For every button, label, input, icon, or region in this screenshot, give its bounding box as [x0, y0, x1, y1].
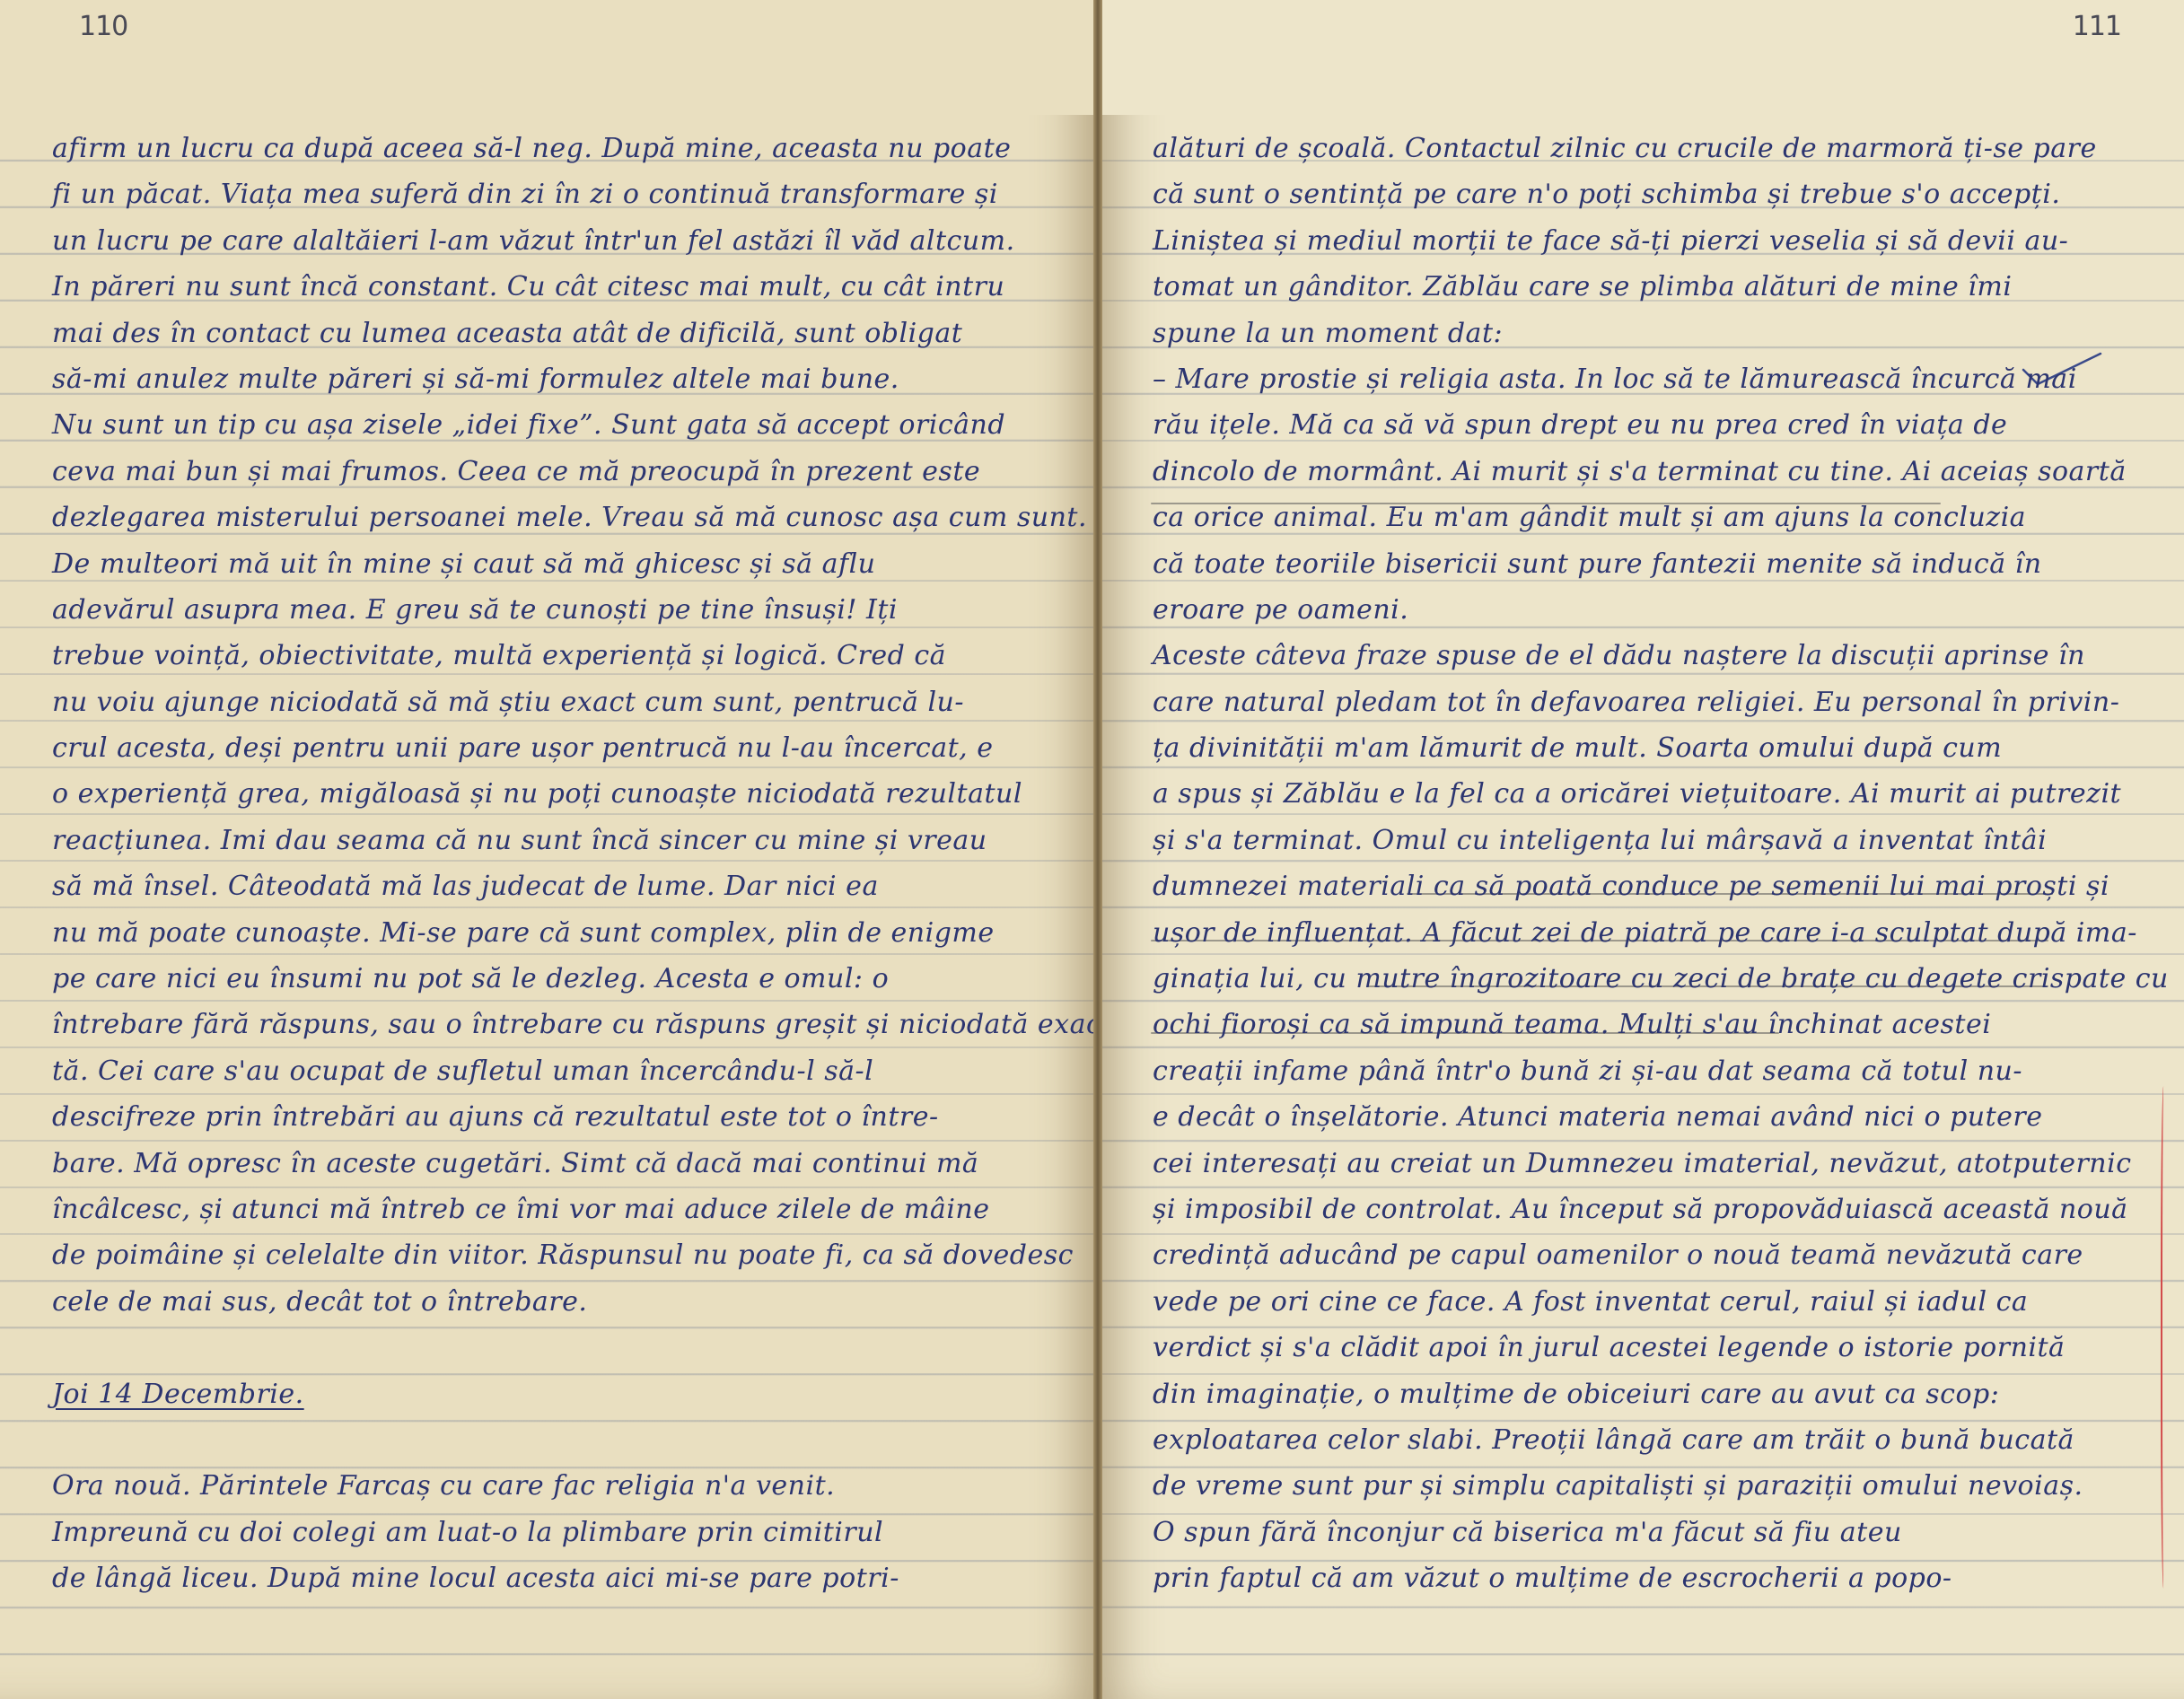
- text-line: a spus și Zăblău e la fel ca a oricărei …: [1097, 771, 2184, 817]
- text-line: descifreze prin întrebări au ajuns că re…: [0, 1094, 1097, 1140]
- text-line: vede pe ori cine ce face. A fost inventa…: [1097, 1279, 2184, 1325]
- text-line: crul acesta, deși pentru unii pare ușor …: [0, 725, 1097, 771]
- text-line: de vreme sunt pur și simplu capitaliști …: [1097, 1463, 2184, 1509]
- notebook-spread: 110 afirm un lucru ca după aceea să-l ne…: [0, 0, 2184, 1699]
- blank-line: [0, 1417, 1097, 1463]
- text-line: dumnezei materiali ca să poată conduce p…: [1097, 863, 2184, 909]
- text-line: dincolo de mormânt. Ai murit și s'a term…: [1097, 449, 2184, 495]
- text-line: să-mi anulez multe păreri și să-mi formu…: [0, 356, 1097, 402]
- text-line: mai des în contact cu lumea aceasta atât…: [0, 311, 1097, 356]
- text-line: ceva mai bun și mai frumos. Ceea ce mă p…: [0, 449, 1097, 495]
- text-line: trebue voință, obiectivitate, multă expe…: [0, 633, 1097, 679]
- text-line: fi un păcat. Viața mea suferă din zi în …: [0, 171, 1097, 217]
- text-line: ușor de influențat. A făcut zei de piatr…: [1097, 910, 2184, 956]
- text-line: cele de mai sus, decât tot o întrebare.: [0, 1279, 1097, 1325]
- text-line: tă. Cei care s'au ocupat de sufletul uma…: [0, 1048, 1097, 1094]
- top-margin: [1097, 0, 2184, 115]
- right-page-text: alături de școală. Contactul zilnic cu c…: [1097, 126, 2184, 1602]
- text-line: verdict și s'a clădit apoi în jurul aces…: [1097, 1325, 2184, 1371]
- text-line: eroare pe oameni.: [1097, 587, 2184, 633]
- text-line: nu voiu ajunge niciodată să mă știu exac…: [0, 679, 1097, 725]
- text-line: încâlcesc, și atunci mă întreb ce îmi vo…: [0, 1187, 1097, 1232]
- text-line: nu mă poate cunoaște. Mi-se pare că sunt…: [0, 910, 1097, 956]
- text-line: Impreună cu doi colegi am luat-o la plim…: [0, 1510, 1097, 1555]
- text-line: o experiență grea, migăloasă și nu poți …: [0, 771, 1097, 817]
- text-line: O spun fără înconjur că biserica m'a făc…: [1097, 1510, 2184, 1555]
- text-line: rău ițele. Mă ca să vă spun drept eu nu …: [1097, 402, 2184, 448]
- text-line: și imposibil de controlat. Au început să…: [1097, 1187, 2184, 1232]
- date-heading: Joi 14 Decembrie.: [0, 1371, 1097, 1417]
- text-line: ginația lui, cu mutre îngrozitoare cu ze…: [1097, 956, 2184, 1002]
- text-line: adevărul asupra mea. E greu să te cunoșt…: [0, 587, 1097, 633]
- text-line: creații infame până într'o bună zi și-au…: [1097, 1048, 2184, 1094]
- text-line: prin faptul că am văzut o mulțime de esc…: [1097, 1555, 2184, 1601]
- text-line: un lucru pe care alaltăieri l-am văzut î…: [0, 218, 1097, 264]
- text-line: și s'a terminat. Omul cu inteligența lui…: [1097, 818, 2184, 863]
- text-line: credință aducând pe capul oamenilor o no…: [1097, 1232, 2184, 1278]
- text-line: bare. Mă opresc în aceste cugetări. Simt…: [0, 1141, 1097, 1187]
- text-line: cei interesați au creiat un Dumnezeu ima…: [1097, 1141, 2184, 1187]
- left-page-text: afirm un lucru ca după aceea să-l neg. D…: [0, 126, 1097, 1602]
- text-line: afirm un lucru ca după aceea să-l neg. D…: [0, 126, 1097, 171]
- text-line: exploatarea celor slabi. Preoții lângă c…: [1097, 1417, 2184, 1463]
- notebook-gutter: [1093, 0, 1102, 1699]
- text-line: Liniștea și mediul morții te face să-ți …: [1097, 218, 2184, 264]
- right-page: 111 alături de școală. Contactul zilnic …: [1097, 0, 2184, 1699]
- text-line: spune la un moment dat:: [1097, 311, 2184, 356]
- text-line: de poimâine și celelalte din viitor. Răs…: [0, 1232, 1097, 1278]
- text-line: întrebare fără răspuns, sau o întrebare …: [0, 1002, 1097, 1047]
- top-margin: [0, 0, 1097, 115]
- page-number-left: 110: [79, 11, 127, 42]
- text-line: ța divinității m'am lămurit de mult. Soa…: [1097, 725, 2184, 771]
- text-line: reacțiunea. Imi dau seama că nu sunt înc…: [0, 818, 1097, 863]
- text-line: De multeori mă uit în mine și caut să mă…: [0, 541, 1097, 587]
- text-line: Ora nouă. Părintele Farcaș cu care fac r…: [0, 1463, 1097, 1509]
- text-line: ochi fioroși ca să impună teama. Mulți s…: [1097, 1002, 2184, 1047]
- text-line: de lângă liceu. După mine locul acesta a…: [0, 1555, 1097, 1601]
- text-line: ca orice animal. Eu m'am gândit mult și …: [1097, 495, 2184, 540]
- text-line: alături de școală. Contactul zilnic cu c…: [1097, 126, 2184, 171]
- text-line: pe care nici eu însumi nu pot să le dezl…: [0, 956, 1097, 1002]
- text-line: tomat un gânditor. Zăblău care se plimba…: [1097, 264, 2184, 310]
- text-line: să mă însel. Câteodată mă las judecat de…: [0, 863, 1097, 909]
- text-line: – Mare prostie și religia asta. In loc s…: [1097, 356, 2184, 402]
- text-line: Aceste câteva fraze spuse de el dădu naș…: [1097, 633, 2184, 679]
- left-page: 110 afirm un lucru ca după aceea să-l ne…: [0, 0, 1097, 1699]
- text-line: e decât o înșelătorie. Atunci materia ne…: [1097, 1094, 2184, 1140]
- text-line: dezlegarea misterului persoanei mele. Vr…: [0, 495, 1097, 540]
- text-line: din imaginație, o mulțime de obiceiuri c…: [1097, 1371, 2184, 1417]
- text-line: Nu sunt un tip cu așa zisele „idei fixe”…: [0, 402, 1097, 448]
- blank-line: [0, 1325, 1097, 1371]
- text-line: că sunt o sentință pe care n'o poți schi…: [1097, 171, 2184, 217]
- text-line: care natural pledam tot în defavoarea re…: [1097, 679, 2184, 725]
- text-line: că toate teoriile bisericii sunt pure fa…: [1097, 541, 2184, 587]
- text-line: In păreri nu sunt încă constant. Cu cât …: [0, 264, 1097, 310]
- page-number-right: 111: [2073, 11, 2121, 42]
